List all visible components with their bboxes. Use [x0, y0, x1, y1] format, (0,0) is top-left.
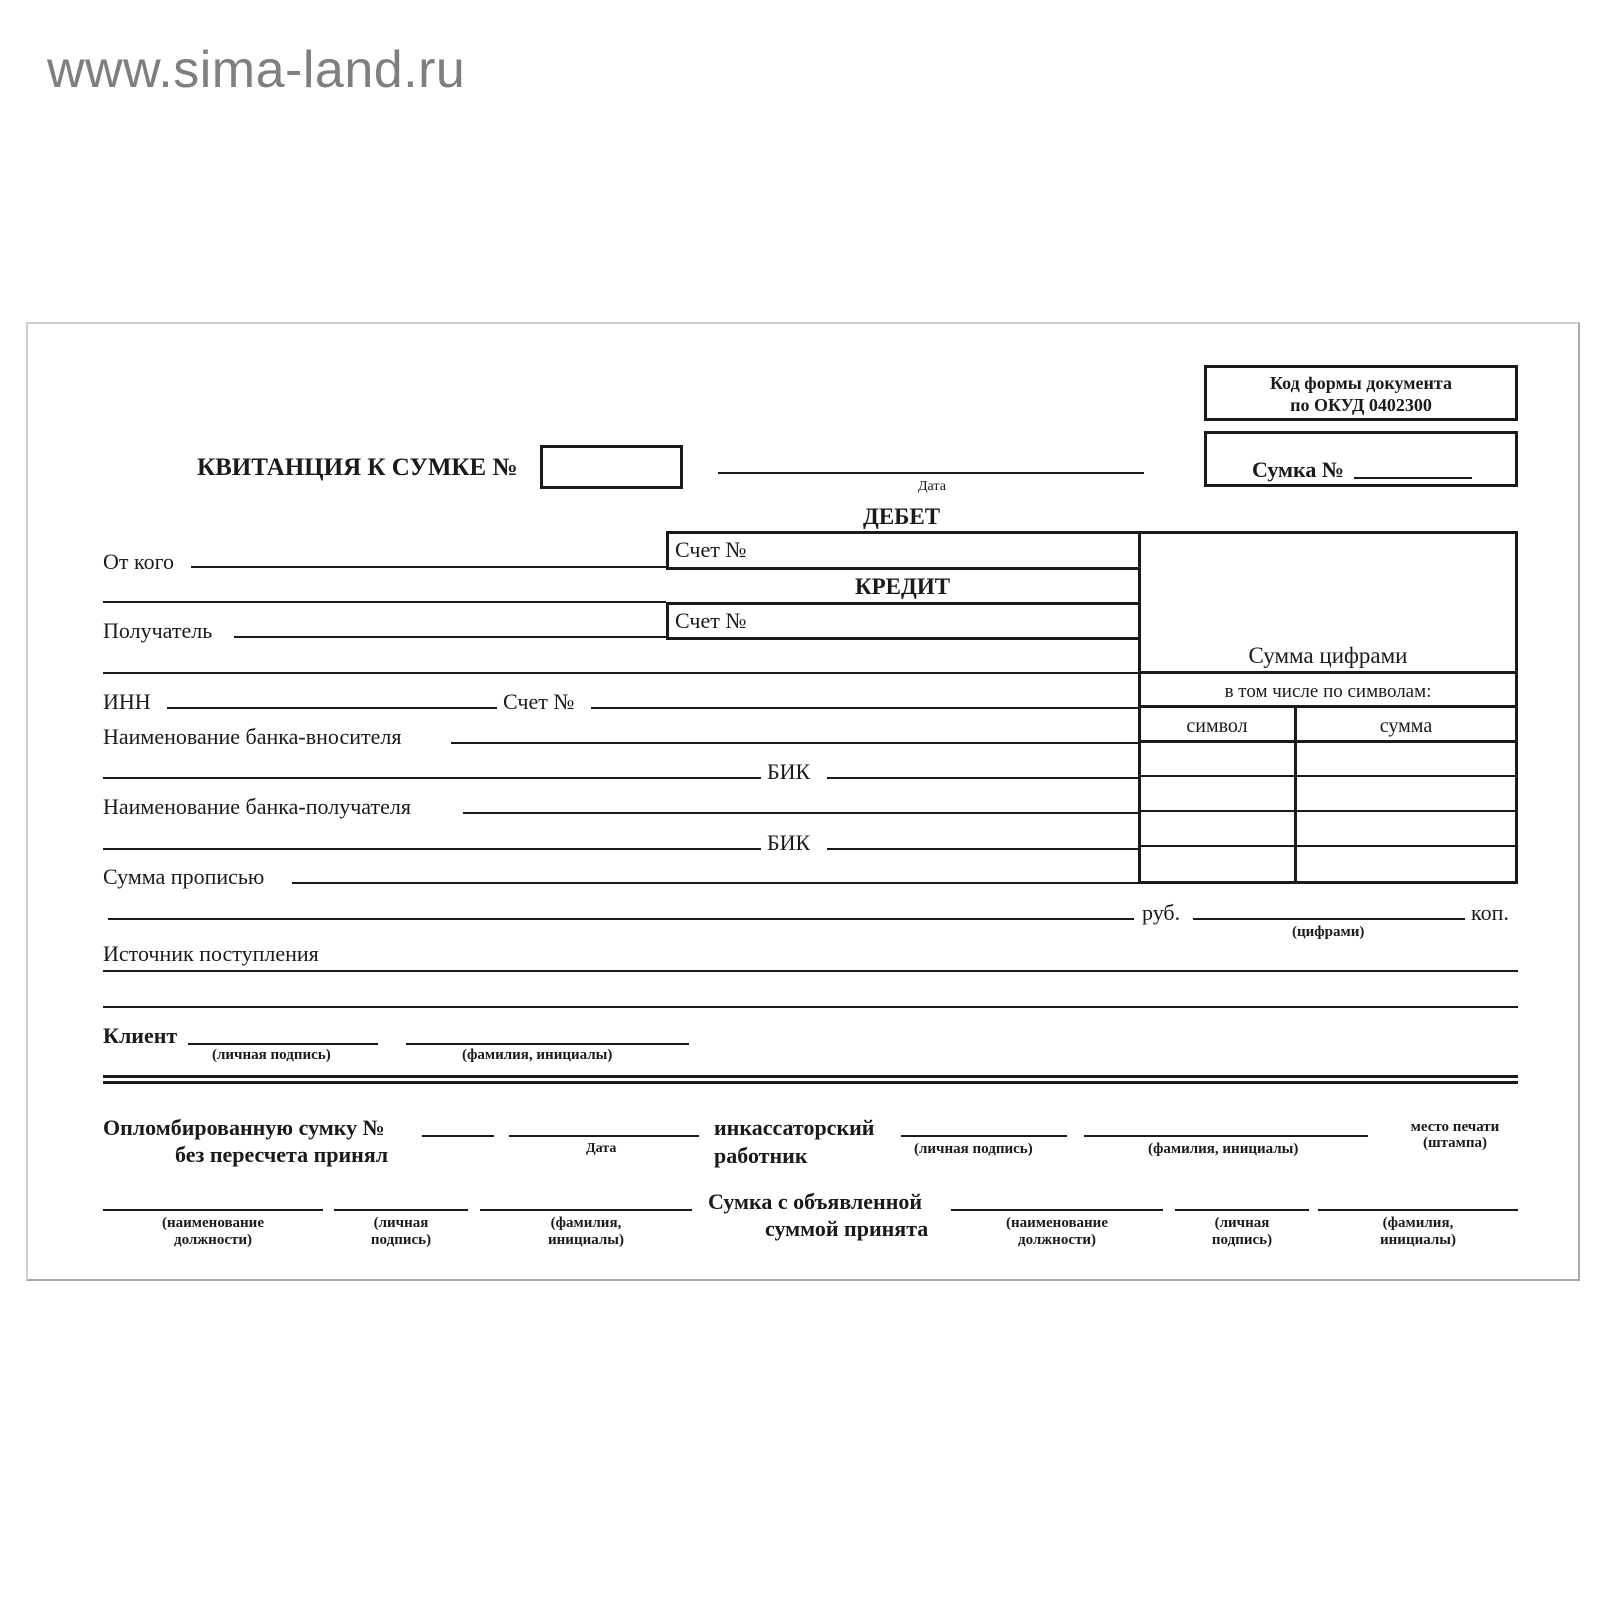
from-whom-field-2[interactable]: [103, 601, 666, 603]
client-label: Клиент: [103, 1025, 177, 1047]
collector-signature-field[interactable]: [901, 1135, 1067, 1137]
amount-digits-label: Сумма цифрами: [1140, 644, 1516, 667]
collector-line-2: работник: [714, 1145, 808, 1167]
table-row[interactable]: [1138, 775, 1518, 777]
okud-line-1: Код формы документа: [1204, 374, 1518, 392]
depositor-bank-label: Наименование банка-вносителя: [103, 726, 401, 748]
bag-number-field[interactable]: [1354, 477, 1472, 479]
acceptor-name-caption-2: инициалы): [480, 1233, 692, 1248]
stamp-place-line-1: место печати: [1400, 1120, 1510, 1135]
declared-signature-caption-1: (личная: [1175, 1216, 1309, 1231]
acceptor-position-caption-2: должности): [103, 1233, 323, 1248]
declared-position-caption-1: (наименование: [951, 1216, 1163, 1231]
panel-divider-3: [1138, 740, 1518, 743]
recipient-field-2[interactable]: [103, 672, 1139, 674]
stamp-place-line-2: (штампа): [1400, 1136, 1510, 1151]
debit-bottom-border: [666, 567, 1139, 570]
declared-signature-field[interactable]: [1175, 1209, 1309, 1211]
bik-2-field[interactable]: [827, 848, 1139, 850]
credit-bottom-border: [666, 637, 1139, 640]
inn-field[interactable]: [167, 707, 497, 709]
acceptor-name-field[interactable]: [480, 1209, 692, 1211]
kop-label: коп.: [1471, 902, 1509, 924]
debit-left-border: [666, 531, 669, 567]
declared-position-field[interactable]: [951, 1209, 1163, 1211]
declared-bag-line-1: Сумка с объявленной: [708, 1191, 922, 1213]
credit-heading: КРЕДИТ: [666, 575, 1139, 598]
bik-1-field[interactable]: [827, 777, 1139, 779]
declared-name-caption-2: инициалы): [1318, 1233, 1518, 1248]
source-field[interactable]: [103, 970, 1518, 972]
client-signature-caption: (личная подпись): [212, 1048, 331, 1063]
collector-name-caption: (фамилия, инициалы): [1148, 1142, 1298, 1157]
sealed-bag-date-caption: Дата: [586, 1142, 616, 1156]
panel-bottom-border: [1138, 881, 1518, 884]
declared-signature-caption-2: подпись): [1175, 1233, 1309, 1248]
depositor-bank-field-2[interactable]: [103, 777, 761, 779]
account-field[interactable]: [591, 707, 1139, 709]
credit-top-border: [666, 602, 1139, 605]
source-field-2[interactable]: [103, 1006, 1518, 1008]
declared-name-field[interactable]: [1318, 1209, 1518, 1211]
declared-name-caption-1: (фамилия,: [1318, 1216, 1518, 1231]
acceptor-signature-caption-2: подпись): [334, 1233, 468, 1248]
inn-label: ИНН: [103, 691, 151, 713]
sealed-bag-line-2: без пересчета принял: [175, 1144, 388, 1166]
account-label: Счет №: [503, 691, 574, 713]
collector-line-1: инкассаторский: [714, 1117, 874, 1139]
by-symbols-label: в том числе по символам:: [1140, 682, 1516, 701]
sealed-bag-number-field[interactable]: [422, 1135, 494, 1137]
bik-1-label: БИК: [767, 761, 810, 783]
debit-account-label: Счет №: [675, 539, 746, 561]
form-title: КВИТАНЦИЯ К СУМКЕ №: [197, 455, 518, 480]
amount-words-field[interactable]: [292, 882, 1139, 884]
panel-divider-2: [1138, 705, 1518, 708]
table-top-border: [666, 531, 1518, 534]
client-name-caption: (фамилия, инициалы): [462, 1048, 612, 1063]
recipient-field[interactable]: [234, 636, 666, 638]
amount-column-header: сумма: [1297, 716, 1515, 736]
client-name-field[interactable]: [406, 1043, 689, 1045]
collector-signature-caption: (личная подпись): [914, 1142, 1033, 1157]
recipient-bank-label: Наименование банка-получателя: [103, 796, 411, 818]
acceptor-signature-caption-1: (личная: [334, 1216, 468, 1231]
table-row[interactable]: [1138, 810, 1518, 812]
acceptor-position-caption-1: (наименование: [103, 1216, 323, 1231]
bag-number-label: Сумка №: [1252, 459, 1344, 481]
symbol-column-header: символ: [1140, 716, 1294, 736]
declared-bag-line-2: суммой принята: [765, 1218, 928, 1240]
date-caption: Дата: [918, 480, 946, 494]
acceptor-signature-field[interactable]: [334, 1209, 468, 1211]
source-label: Источник поступления: [103, 943, 319, 965]
sealed-bag-date-field[interactable]: [509, 1135, 699, 1137]
digits-caption: (цифрами): [1292, 925, 1364, 940]
acceptor-position-field[interactable]: [103, 1209, 323, 1211]
bik-2-label: БИК: [767, 832, 810, 854]
sealed-bag-line-1: Опломбированную сумку №: [103, 1117, 385, 1139]
receipt-number-field[interactable]: [540, 445, 683, 489]
date-field[interactable]: [718, 472, 1144, 474]
debit-heading: ДЕБЕТ: [863, 505, 940, 528]
credit-left-border: [666, 602, 669, 638]
kop-digits-field[interactable]: [1193, 918, 1465, 920]
collector-name-field[interactable]: [1084, 1135, 1368, 1137]
panel-divider-1: [1138, 671, 1518, 674]
acceptor-name-caption-1: (фамилия,: [480, 1216, 692, 1231]
watermark: www.sima-land.ru: [47, 40, 465, 100]
declared-position-caption-2: должности): [951, 1233, 1163, 1248]
recipient-bank-field[interactable]: [463, 812, 1139, 814]
from-whom-field[interactable]: [191, 566, 666, 568]
amount-words-field-2[interactable]: [108, 918, 1134, 920]
recipient-bank-field-2[interactable]: [103, 848, 761, 850]
okud-line-2: по ОКУД 0402300: [1204, 396, 1518, 414]
recipient-label: Получатель: [103, 620, 212, 642]
depositor-bank-field[interactable]: [451, 742, 1139, 744]
rub-label: руб.: [1142, 902, 1180, 924]
section-double-divider: [103, 1075, 1518, 1084]
client-signature-field[interactable]: [188, 1043, 378, 1045]
amount-words-label: Сумма прописью: [103, 866, 264, 888]
from-whom-label: От кого: [103, 551, 174, 573]
table-row[interactable]: [1138, 845, 1518, 847]
credit-account-label: Счет №: [675, 610, 746, 632]
